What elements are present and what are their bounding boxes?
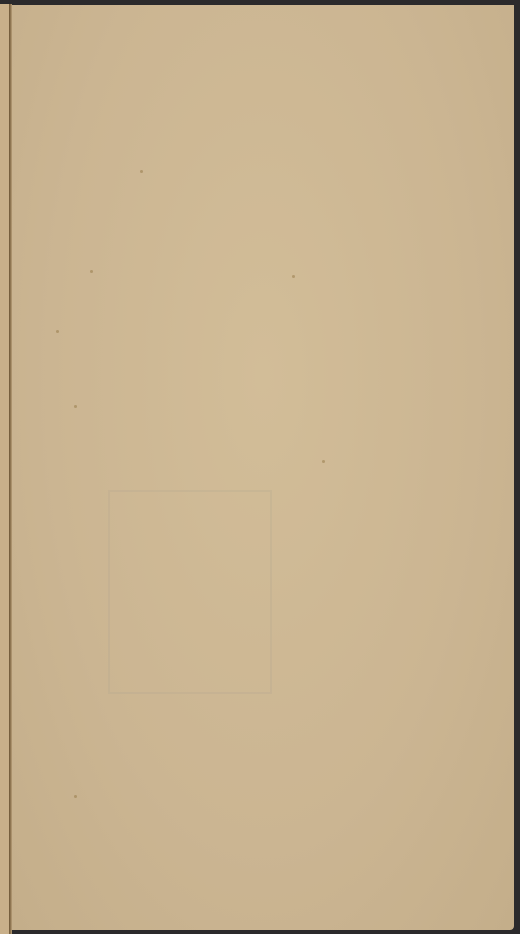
paper-speck [74,405,77,408]
facing-page-edge [0,4,9,934]
paper-speck [90,270,93,273]
paper-speck [74,795,77,798]
paper-speck [292,275,295,278]
bleed-through-frame [108,490,272,694]
paper-speck [56,330,59,333]
paper-speck [140,170,143,173]
blank-page [12,5,514,930]
paper-speck [322,460,325,463]
